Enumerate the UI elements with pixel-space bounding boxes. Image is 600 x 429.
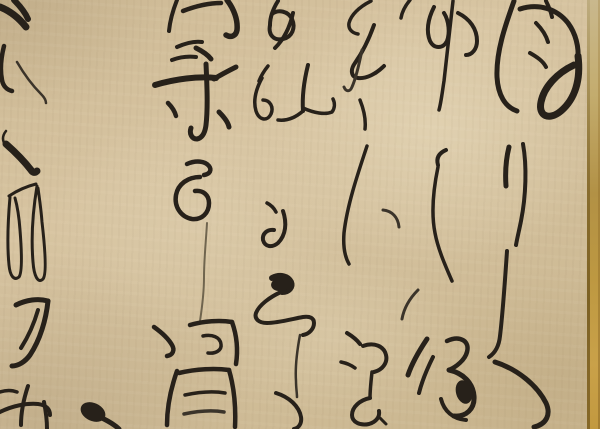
mount-border-edge-line [587,0,590,429]
calligraphy-strokes [0,0,600,429]
manuscript-photo [0,0,600,429]
gold-mount-border [587,0,600,429]
